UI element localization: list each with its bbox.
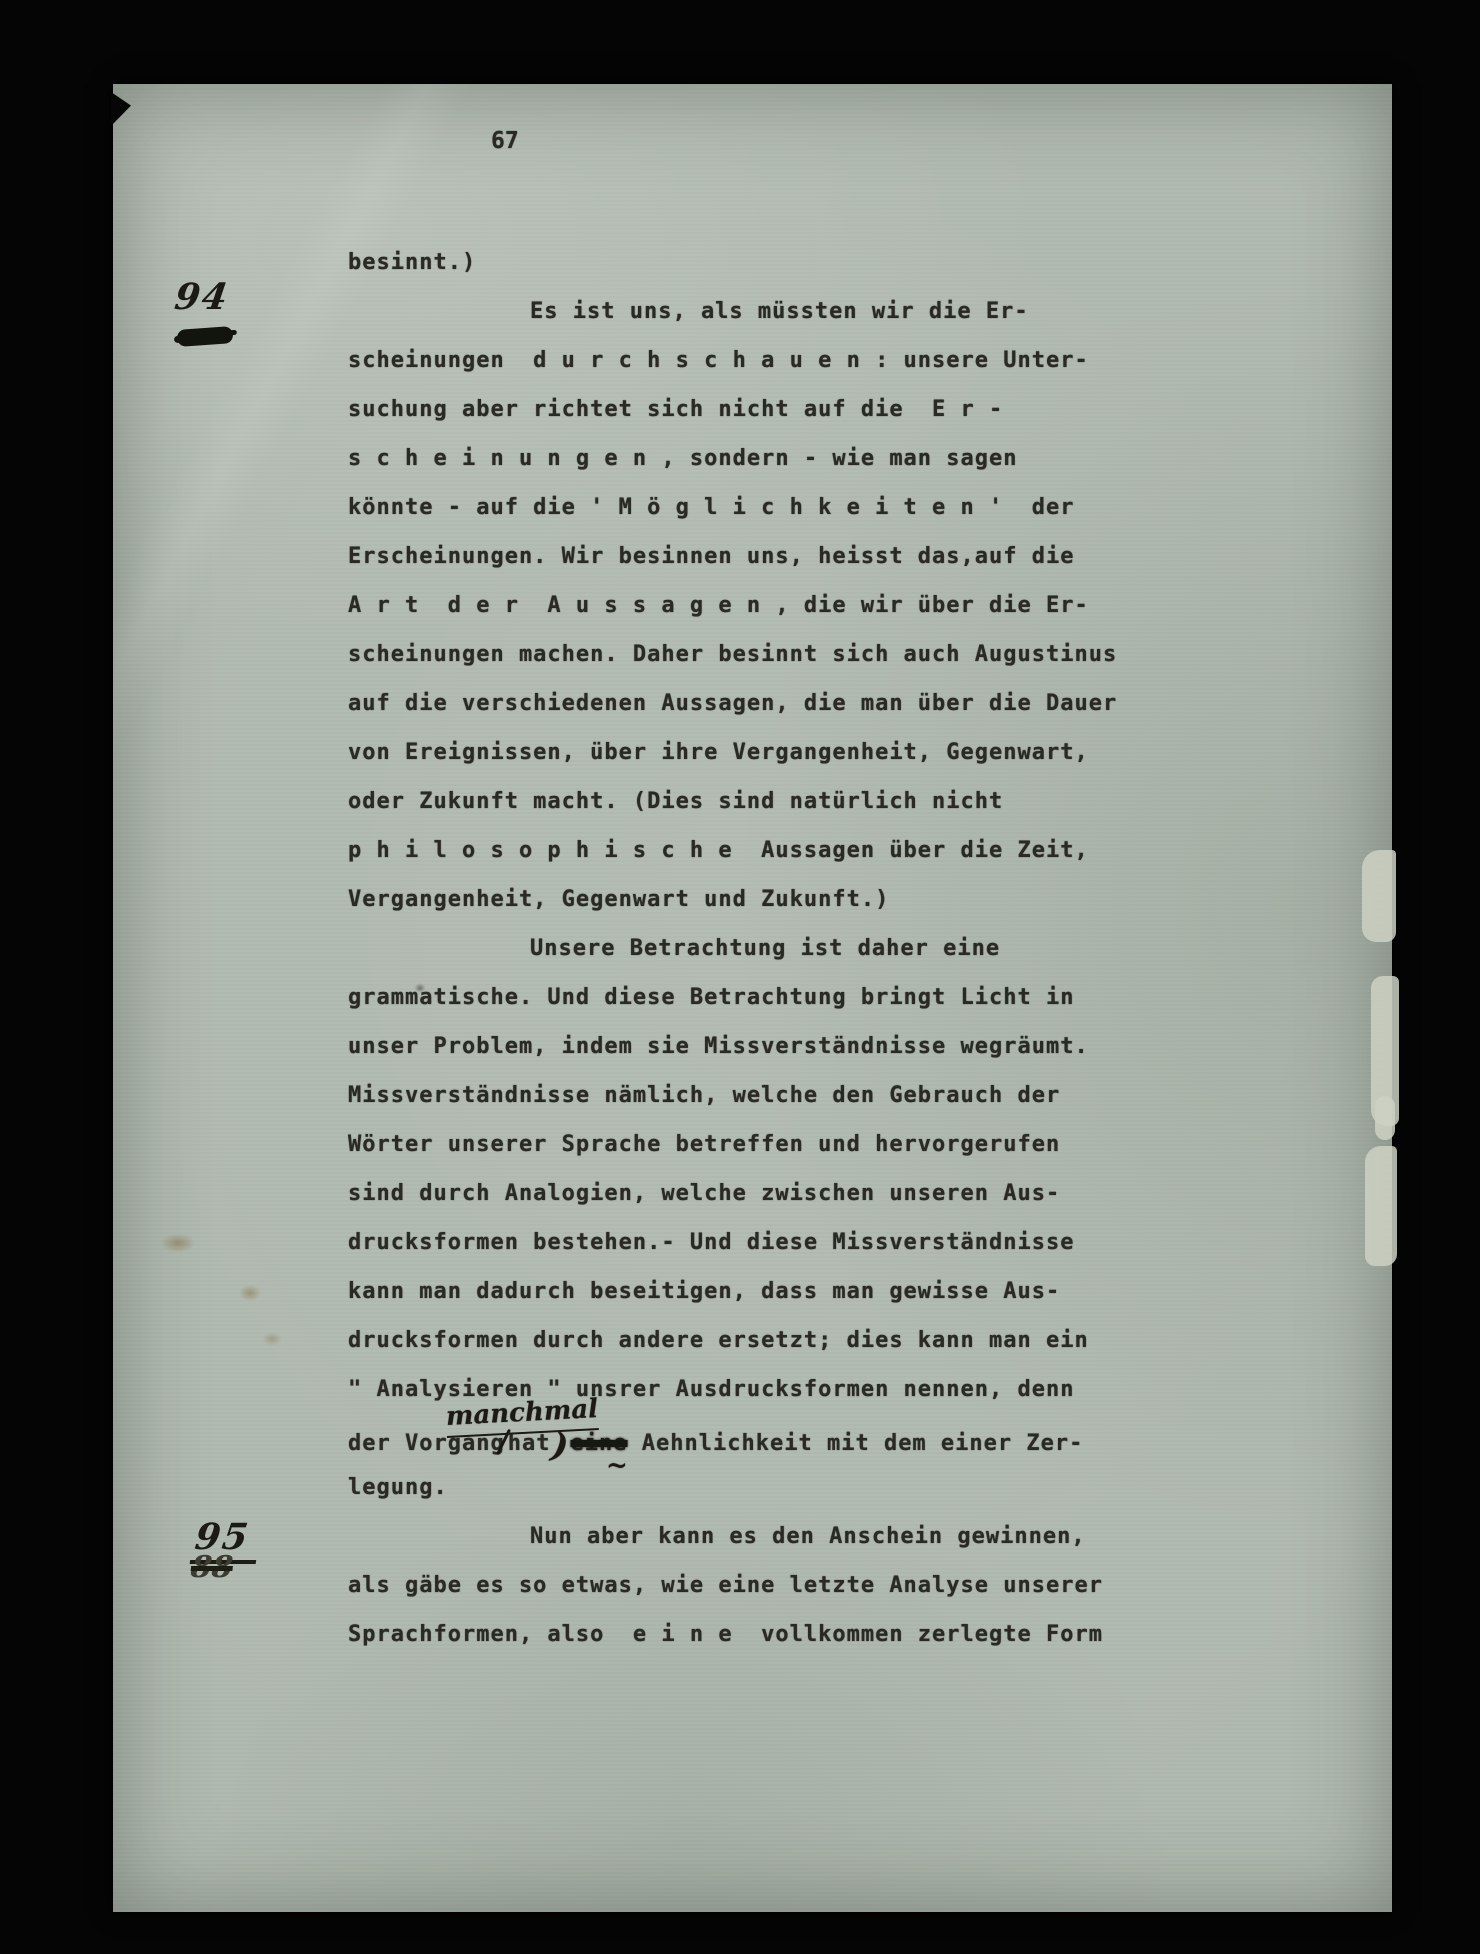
text-line: oder Zukunft macht. (Dies sind natürlich… [348, 789, 1288, 838]
torn-edge-patch [1362, 850, 1396, 942]
body-text: besinnt.)Es ist uns, als müssten wir die… [348, 250, 1288, 1671]
text-line: auf die verschiedenen Aussagen, die man … [348, 691, 1288, 740]
text-line: unser Problem, indem sie Missverständnis… [348, 1034, 1288, 1083]
text-line: Sprachformen, also e i n e vollkommen ze… [348, 1622, 1288, 1671]
text-line: legung. [348, 1475, 1288, 1524]
text-line: Erscheinungen. Wir besinnen uns, heisst … [348, 544, 1288, 593]
text-line: Wörter unserer Sprache betreffen und her… [348, 1132, 1288, 1181]
foxing-stain [155, 1230, 201, 1256]
text-line: suchung aber richtet sich nicht auf die … [348, 397, 1288, 446]
text-line: von Ereignissen, über ihre Vergangenheit… [348, 740, 1288, 789]
text-line: p h i l o s o p h i s c h e Aussagen übe… [348, 838, 1288, 887]
text-line: drucksformen durch andere ersetzt; dies … [348, 1328, 1288, 1377]
text-line-with-insertion: der Vorganghat)eine Aehnlichkeit mit dem… [348, 1426, 1288, 1475]
handwritten-number-94: 94 [172, 276, 232, 318]
handwritten-tilde-mark: ~ [606, 1456, 629, 1476]
text-line: grammatische. Und diese Betrachtung brin… [348, 985, 1288, 1034]
text-line: drucksformen bestehen.- Und diese Missve… [348, 1230, 1288, 1279]
scan-background: { "page": { "number": "67" }, "margin_an… [0, 0, 1480, 1954]
torn-edge-patch [1371, 976, 1399, 1126]
text-line: kann man dadurch beseitigen, dass man ge… [348, 1279, 1288, 1328]
manuscript-page: 67 94 95 88 besinnt.)Es ist uns, als müs… [113, 84, 1392, 1912]
text-line: Unsere Betrachtung ist daher eine [348, 936, 1288, 985]
typed-text: hat [508, 1431, 551, 1456]
text-line: besinnt.) [348, 250, 1288, 299]
torn-edge-patch [1365, 1146, 1397, 1266]
text-line: A r t d e r A u s s a g e n , die wir üb… [348, 593, 1288, 642]
foxing-stain [235, 1282, 265, 1304]
margin-annotation-top: 94 [175, 276, 229, 318]
text-line: Vergangenheit, Gegenwart und Zukunft.) [348, 887, 1288, 936]
crossed-out-number-88: 88 [189, 1550, 234, 1585]
text-line: Missverständnisse nämlich, welche den Ge… [348, 1083, 1288, 1132]
text-line: scheinungen machen. Daher besinnt sich a… [348, 642, 1288, 691]
text-line: sind durch Analogien, welche zwischen un… [348, 1181, 1288, 1230]
typed-text: Aehnlichkeit mit dem einer Zer- [628, 1431, 1084, 1456]
text-line: s c h e i n u n g e n , sondern - wie ma… [348, 446, 1288, 495]
foxing-stain [259, 1330, 285, 1348]
blacked-out-number [176, 326, 233, 347]
torn-edge-patch [1375, 1096, 1395, 1140]
text-line: scheinungen d u r c h s c h a u e n : un… [348, 348, 1288, 397]
text-line: könnte - auf die ' M ö g l i c h k e i t… [348, 495, 1288, 544]
text-line: als gäbe es so etwas, wie eine letzte An… [348, 1573, 1288, 1622]
torn-corner-notch [111, 92, 131, 126]
page-number: 67 [491, 128, 519, 154]
text-line: Es ist uns, als müssten wir die Er- [348, 299, 1288, 348]
text-line: Nun aber kann es den Anschein gewinnen, [348, 1524, 1288, 1573]
